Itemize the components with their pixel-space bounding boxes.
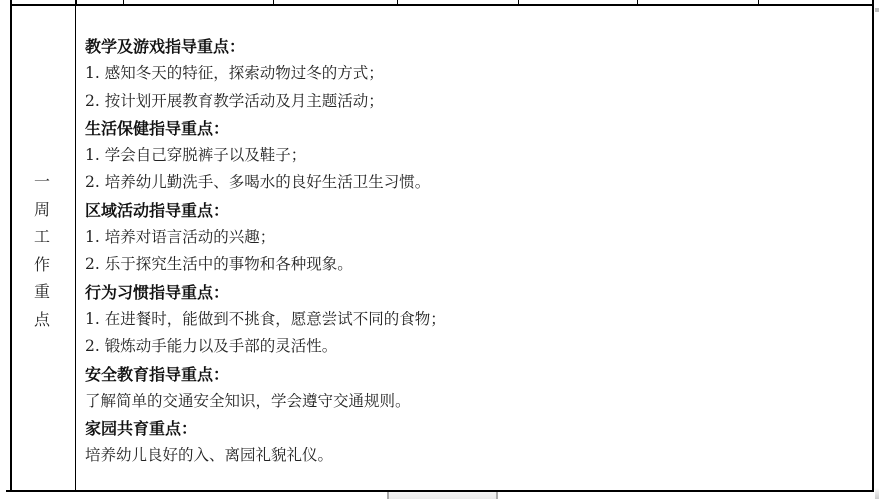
row-label-char: 一 <box>34 168 50 196</box>
section-home-school: 家园共育重点： 培养幼儿良好的入、离园礼貌礼仪。 <box>85 415 865 470</box>
section-item: 2. 乐于探究生活中的事物和各种现象。 <box>85 251 865 278</box>
section-item: 2. 锻炼动手能力以及手部的灵活性。 <box>85 333 865 360</box>
section-item: 培养幼儿良好的入、离园礼貌礼仪。 <box>85 442 865 469</box>
row-label: 一 周 工 作 重 点 <box>30 168 54 333</box>
section-heading: 行为习惯指导重点： <box>85 279 865 306</box>
label-column-divider <box>75 4 76 492</box>
table-border-left <box>10 4 12 492</box>
section-behavior: 行为习惯指导重点： 1. 在进餐时，能做到不挑食，愿意尝试不同的食物； 2. 锻… <box>85 279 865 361</box>
section-item: 1. 感知冬天的特征，探索动物过冬的方式； <box>85 60 865 87</box>
vertical-scrollbar-marker[interactable] <box>875 8 879 12</box>
vertical-scrollbar-marker[interactable] <box>875 488 879 499</box>
row-label-char: 周 <box>34 196 50 224</box>
section-item: 2. 按计划开展教育教学活动及月主题活动； <box>85 88 865 115</box>
row-label-char: 工 <box>34 223 50 251</box>
table-border-top <box>10 4 874 6</box>
section-item: 了解简单的交通安全知识，学会遵守交通规则。 <box>85 388 865 415</box>
section-heading: 生活保健指导重点： <box>85 115 865 142</box>
section-heading: 教学及游戏指导重点： <box>85 33 865 60</box>
section-item: 1. 在进餐时，能做到不挑食，愿意尝试不同的食物； <box>85 306 865 333</box>
row-label-char: 重 <box>34 278 50 306</box>
horizontal-scrollbar-thumb[interactable] <box>387 492 498 499</box>
section-heading: 区域活动指导重点： <box>85 197 865 224</box>
section-item: 1. 培养对语言活动的兴趣； <box>85 224 865 251</box>
row-label-char: 作 <box>34 251 50 279</box>
section-safety: 安全教育指导重点： 了解简单的交通安全知识，学会遵守交通规则。 <box>85 361 865 416</box>
section-teaching: 教学及游戏指导重点： 1. 感知冬天的特征，探索动物过冬的方式； 2. 按计划开… <box>85 33 865 115</box>
section-heading: 家园共育重点： <box>85 415 865 442</box>
weekly-focus-content: 教学及游戏指导重点： 1. 感知冬天的特征，探索动物过冬的方式； 2. 按计划开… <box>85 33 865 470</box>
section-item: 2. 培养幼儿勤洗手、多喝水的良好生活卫生习惯。 <box>85 169 865 196</box>
section-area-activity: 区域活动指导重点： 1. 培养对语言活动的兴趣； 2. 乐于探究生活中的事物和各… <box>85 197 865 279</box>
section-item: 1. 学会自己穿脱裤子以及鞋子； <box>85 142 865 169</box>
table-border-right <box>872 4 874 492</box>
section-heading: 安全教育指导重点： <box>85 361 865 388</box>
section-health: 生活保健指导重点： 1. 学会自己穿脱裤子以及鞋子； 2. 培养幼儿勤洗手、多喝… <box>85 115 865 197</box>
row-label-char: 点 <box>34 306 50 334</box>
